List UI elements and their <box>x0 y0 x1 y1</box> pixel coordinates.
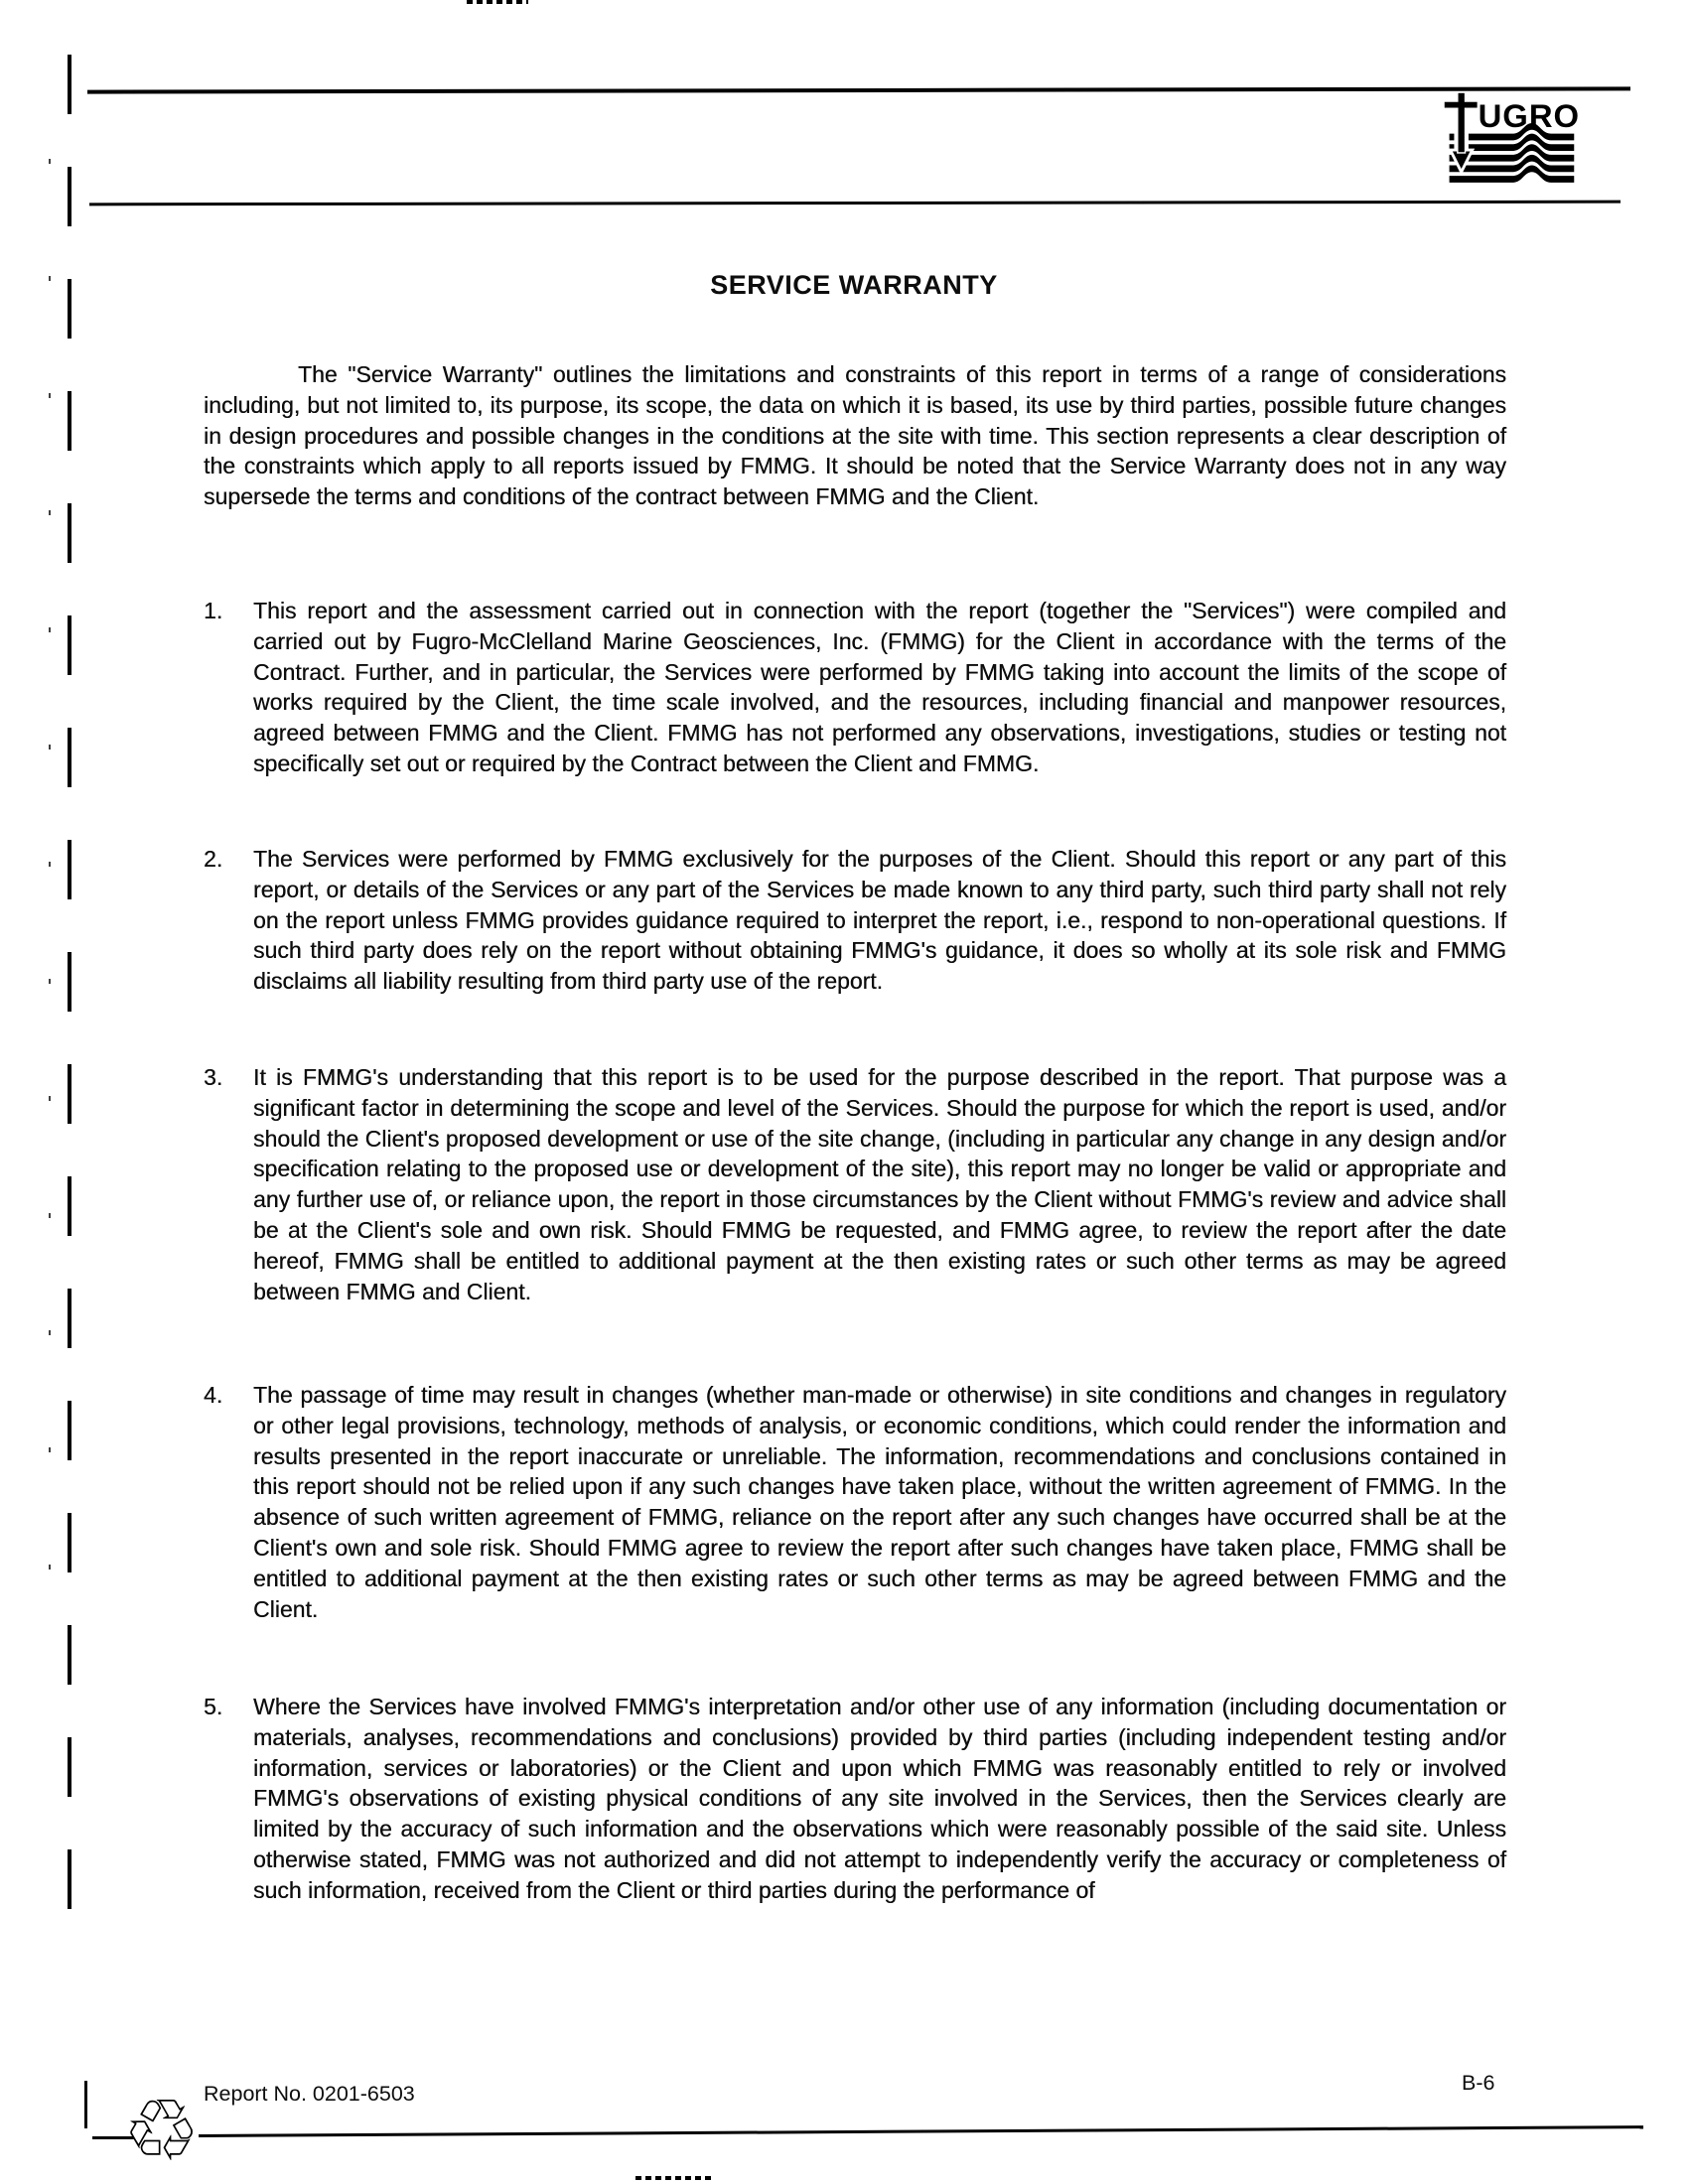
warranty-item-1: 1. This report and the assessment carrie… <box>204 596 1506 779</box>
logo-wordmark: UGRO <box>1479 97 1580 134</box>
recycle-icon: ♲ <box>123 2089 200 2174</box>
warranty-item-5: 5. Where the Services have involved FMMG… <box>204 1692 1506 1906</box>
header-rule-bottom <box>89 201 1621 206</box>
scan-edge-artifact-top <box>467 0 528 4</box>
item-text: Where the Services have involved FMMG's … <box>253 1692 1506 1906</box>
item-text: The passage of time may result in change… <box>253 1380 1506 1624</box>
item-number: 2. <box>204 844 253 997</box>
fugro-logo-graphic: UGRO <box>1438 89 1582 186</box>
footer-rule <box>199 2125 1643 2137</box>
item-number: 3. <box>204 1062 253 1306</box>
scan-binding-marks <box>68 55 71 1936</box>
scan-edge-artifact-bottom <box>635 2176 713 2180</box>
item-number: 1. <box>204 596 253 779</box>
warranty-item-2: 2. The Services were performed by FMMG e… <box>204 844 1506 997</box>
item-number: 5. <box>204 1692 253 1906</box>
footer-page-number: B-6 <box>1462 2071 1494 2096</box>
header-rule-top <box>87 86 1630 93</box>
warranty-item-3: 3. It is FMMG's understanding that this … <box>204 1062 1506 1306</box>
warranty-item-4: 4. The passage of time may result in cha… <box>204 1380 1506 1624</box>
item-text: This report and the assessment carried o… <box>253 596 1506 779</box>
scan-tick-mark <box>84 2081 87 2128</box>
item-text: The Services were performed by FMMG excl… <box>253 844 1506 997</box>
page-title: SERVICE WARRANTY <box>89 270 1619 301</box>
item-text: It is FMMG's understanding that this rep… <box>253 1062 1506 1306</box>
footer-report-number: Report No. 0201-6503 <box>204 2082 415 2107</box>
footer-rule-left-dash <box>92 2136 134 2139</box>
item-number: 4. <box>204 1380 253 1624</box>
scan-dot-marks <box>49 159 51 1648</box>
fugro-logo: UGRO <box>1438 89 1582 186</box>
scanned-document-page: UGRO SERVICE WARRANTY The "Service Warra… <box>0 0 1692 2184</box>
intro-paragraph: The "Service Warranty" outlines the limi… <box>204 359 1506 512</box>
